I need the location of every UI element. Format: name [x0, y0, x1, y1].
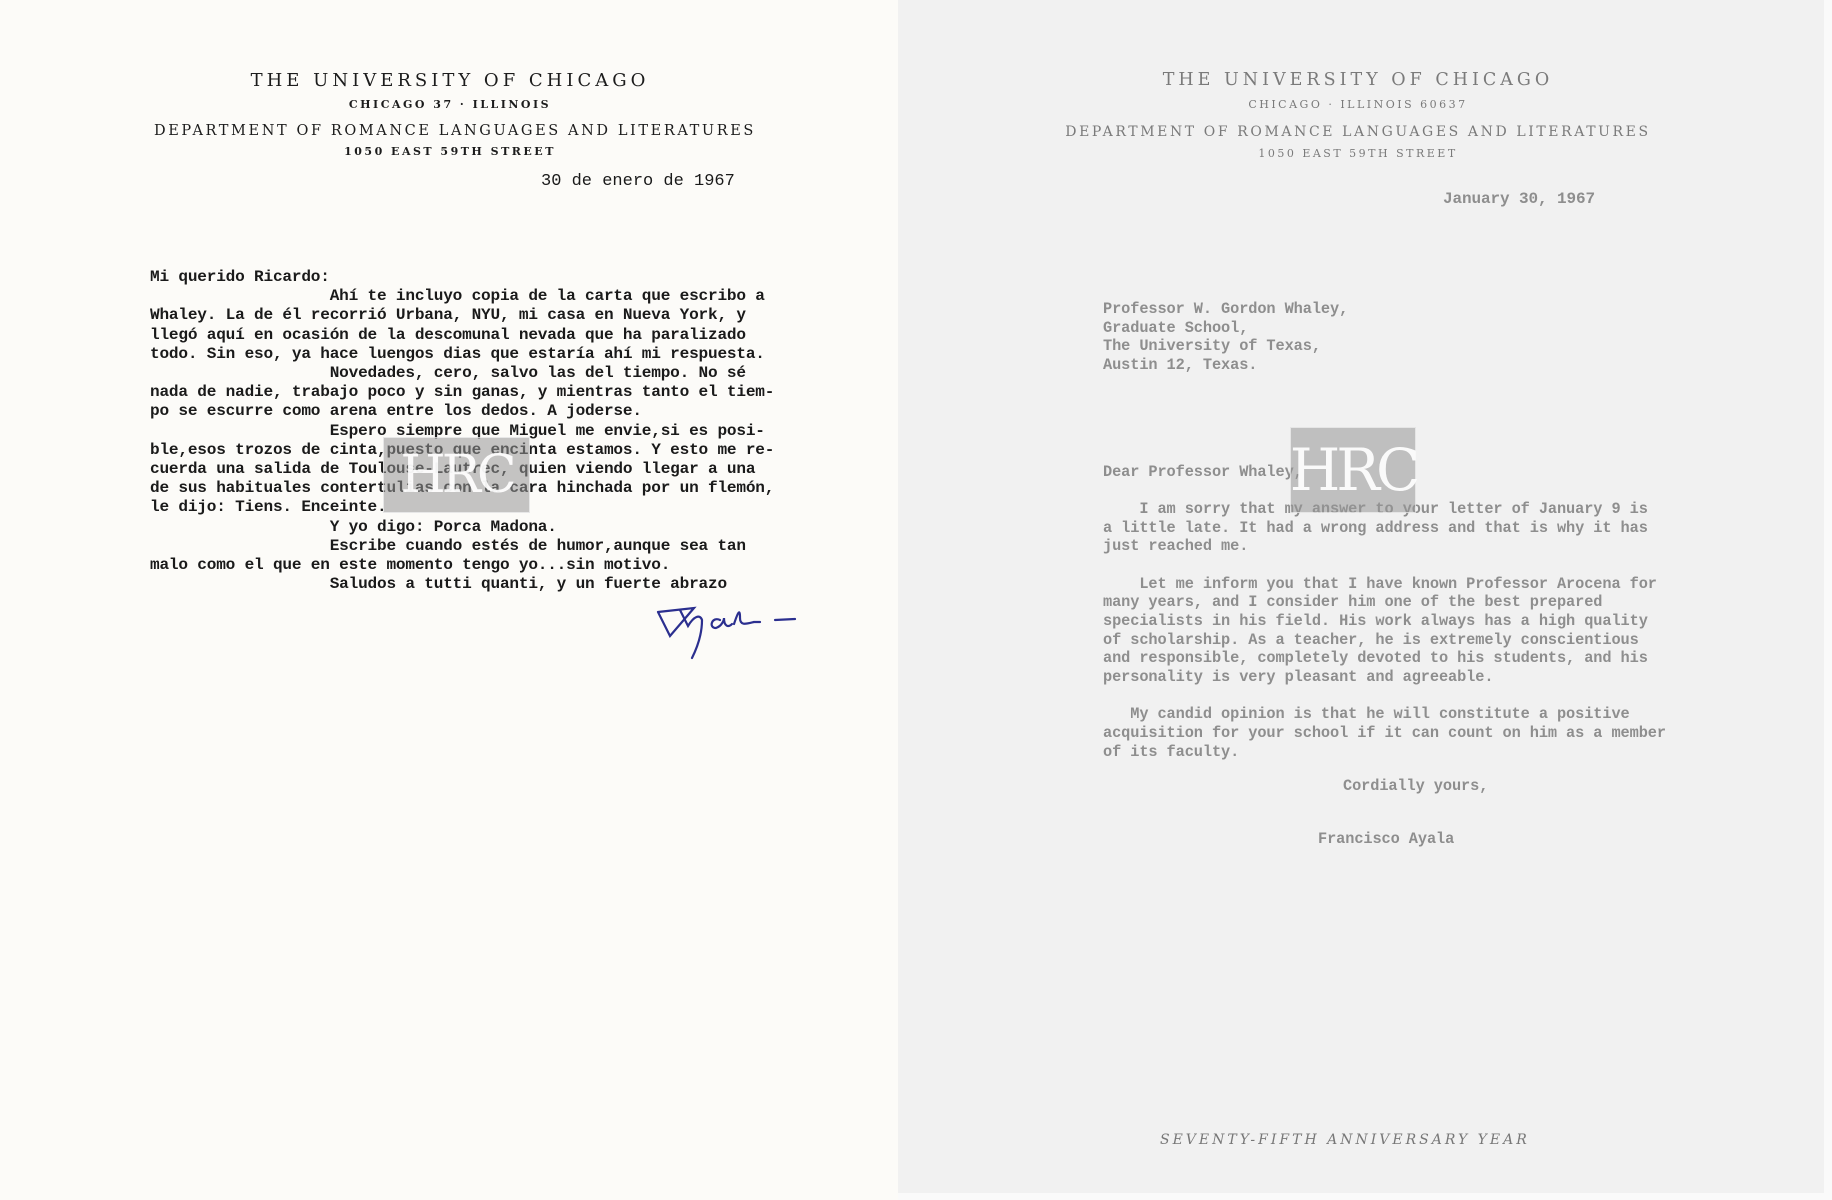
closing: Cordially yours, [1343, 777, 1488, 796]
paragraph-line: of its faculty. [1103, 743, 1666, 762]
left-body-line: Whaley. La de él recorrió Urbana, NYU, m… [150, 306, 774, 325]
paragraph-line: many years, and I consider him one of th… [1103, 593, 1666, 612]
recipient-line: Graduate School, [1103, 319, 1348, 338]
recipient-line: Austin 12, Texas. [1103, 356, 1348, 375]
right-letter-date: January 30, 1967 [1443, 190, 1595, 209]
salutation: Dear Professor Whaley, [1103, 463, 1303, 482]
left-body-line: nada de nadie, trabajo poco y sin ganas,… [150, 383, 774, 402]
right-letter-body: I am sorry that my answer to your letter… [1103, 500, 1666, 780]
paragraph-line: acquisition for your school if it can co… [1103, 724, 1666, 743]
left-body-line: llegó aquí en ocasión de la descomunal n… [150, 326, 774, 345]
handwritten-signature [650, 598, 820, 668]
body-paragraph: Let me inform you that I have known Prof… [1103, 575, 1666, 687]
recipient-address: Professor W. Gordon Whaley,Graduate Scho… [1103, 300, 1348, 374]
left-body-line: malo como el que en este momento tengo y… [150, 556, 774, 575]
right-letterhead-city: CHICAGO · ILLINOIS 60637 [898, 98, 1818, 111]
left-body-line: Escribe cuando estés de humor,aunque sea… [150, 537, 774, 556]
right-letterhead-institution: THE UNIVERSITY OF CHICAGO [898, 70, 1818, 90]
left-letterhead-city: CHICAGO 37 · ILLINOIS [150, 98, 750, 111]
paragraph-line: a little late. It had a wrong address an… [1103, 519, 1666, 538]
left-body-line: po se escurre como arena entre los dedos… [150, 402, 774, 421]
left-letterhead-address: 1050 EAST 59TH STREET [150, 145, 750, 158]
hrc-watermark: HRC [1290, 427, 1416, 513]
page-margin [1824, 0, 1832, 1200]
right-letterhead-department: DEPARTMENT OF ROMANCE LANGUAGES AND LITE… [898, 124, 1818, 140]
left-letterhead-department: DEPARTMENT OF ROMANCE LANGUAGES AND LITE… [150, 123, 760, 139]
right-letter-page: THE UNIVERSITY OF CHICAGO CHICAGO · ILLI… [898, 0, 1824, 1193]
left-letter-page: THE UNIVERSITY OF CHICAGO CHICAGO 37 · I… [0, 0, 898, 1200]
left-letter-body: Mi querido Ricardo: Ahí te incluyo copia… [150, 268, 774, 594]
left-letter-date: 30 de enero de 1967 [541, 172, 735, 191]
paragraph-line: of scholarship. As a teacher, he is extr… [1103, 631, 1666, 650]
left-body-line: todo. Sin eso, ya hace luengos dias que … [150, 345, 774, 364]
anniversary-footer: SEVENTY-FIFTH ANNIVERSARY YEAR [1160, 1132, 1530, 1148]
left-body-line: Ahí te incluyo copia de la carta que esc… [150, 287, 774, 306]
signatory-name: Francisco Ayala [1318, 830, 1454, 849]
paragraph-line: Let me inform you that I have known Prof… [1103, 575, 1666, 594]
page-margin [898, 1193, 1832, 1200]
paragraph-line: personality is very pleasant and agreeab… [1103, 668, 1666, 687]
recipient-line: The University of Texas, [1103, 337, 1348, 356]
body-paragraph: My candid opinion is that he will consti… [1103, 705, 1666, 761]
left-body-line: Novedades, cero, salvo las del tiempo. N… [150, 364, 774, 383]
hrc-watermark: HRC [383, 437, 530, 513]
paragraph-line: and responsible, completely devoted to h… [1103, 649, 1666, 668]
left-body-line: Saludos a tutti quanti, y un fuerte abra… [150, 575, 774, 594]
left-body-line: Mi querido Ricardo: [150, 268, 774, 287]
paragraph-line: My candid opinion is that he will consti… [1103, 705, 1666, 724]
recipient-line: Professor W. Gordon Whaley, [1103, 300, 1348, 319]
paragraph-line: just reached me. [1103, 537, 1666, 556]
left-letterhead-institution: THE UNIVERSITY OF CHICAGO [150, 70, 750, 91]
left-body-line: Y yo digo: Porca Madona. [150, 518, 774, 537]
paragraph-line: specialists in his field. His work alway… [1103, 612, 1666, 631]
right-letterhead-address: 1050 EAST 59TH STREET [898, 147, 1818, 160]
